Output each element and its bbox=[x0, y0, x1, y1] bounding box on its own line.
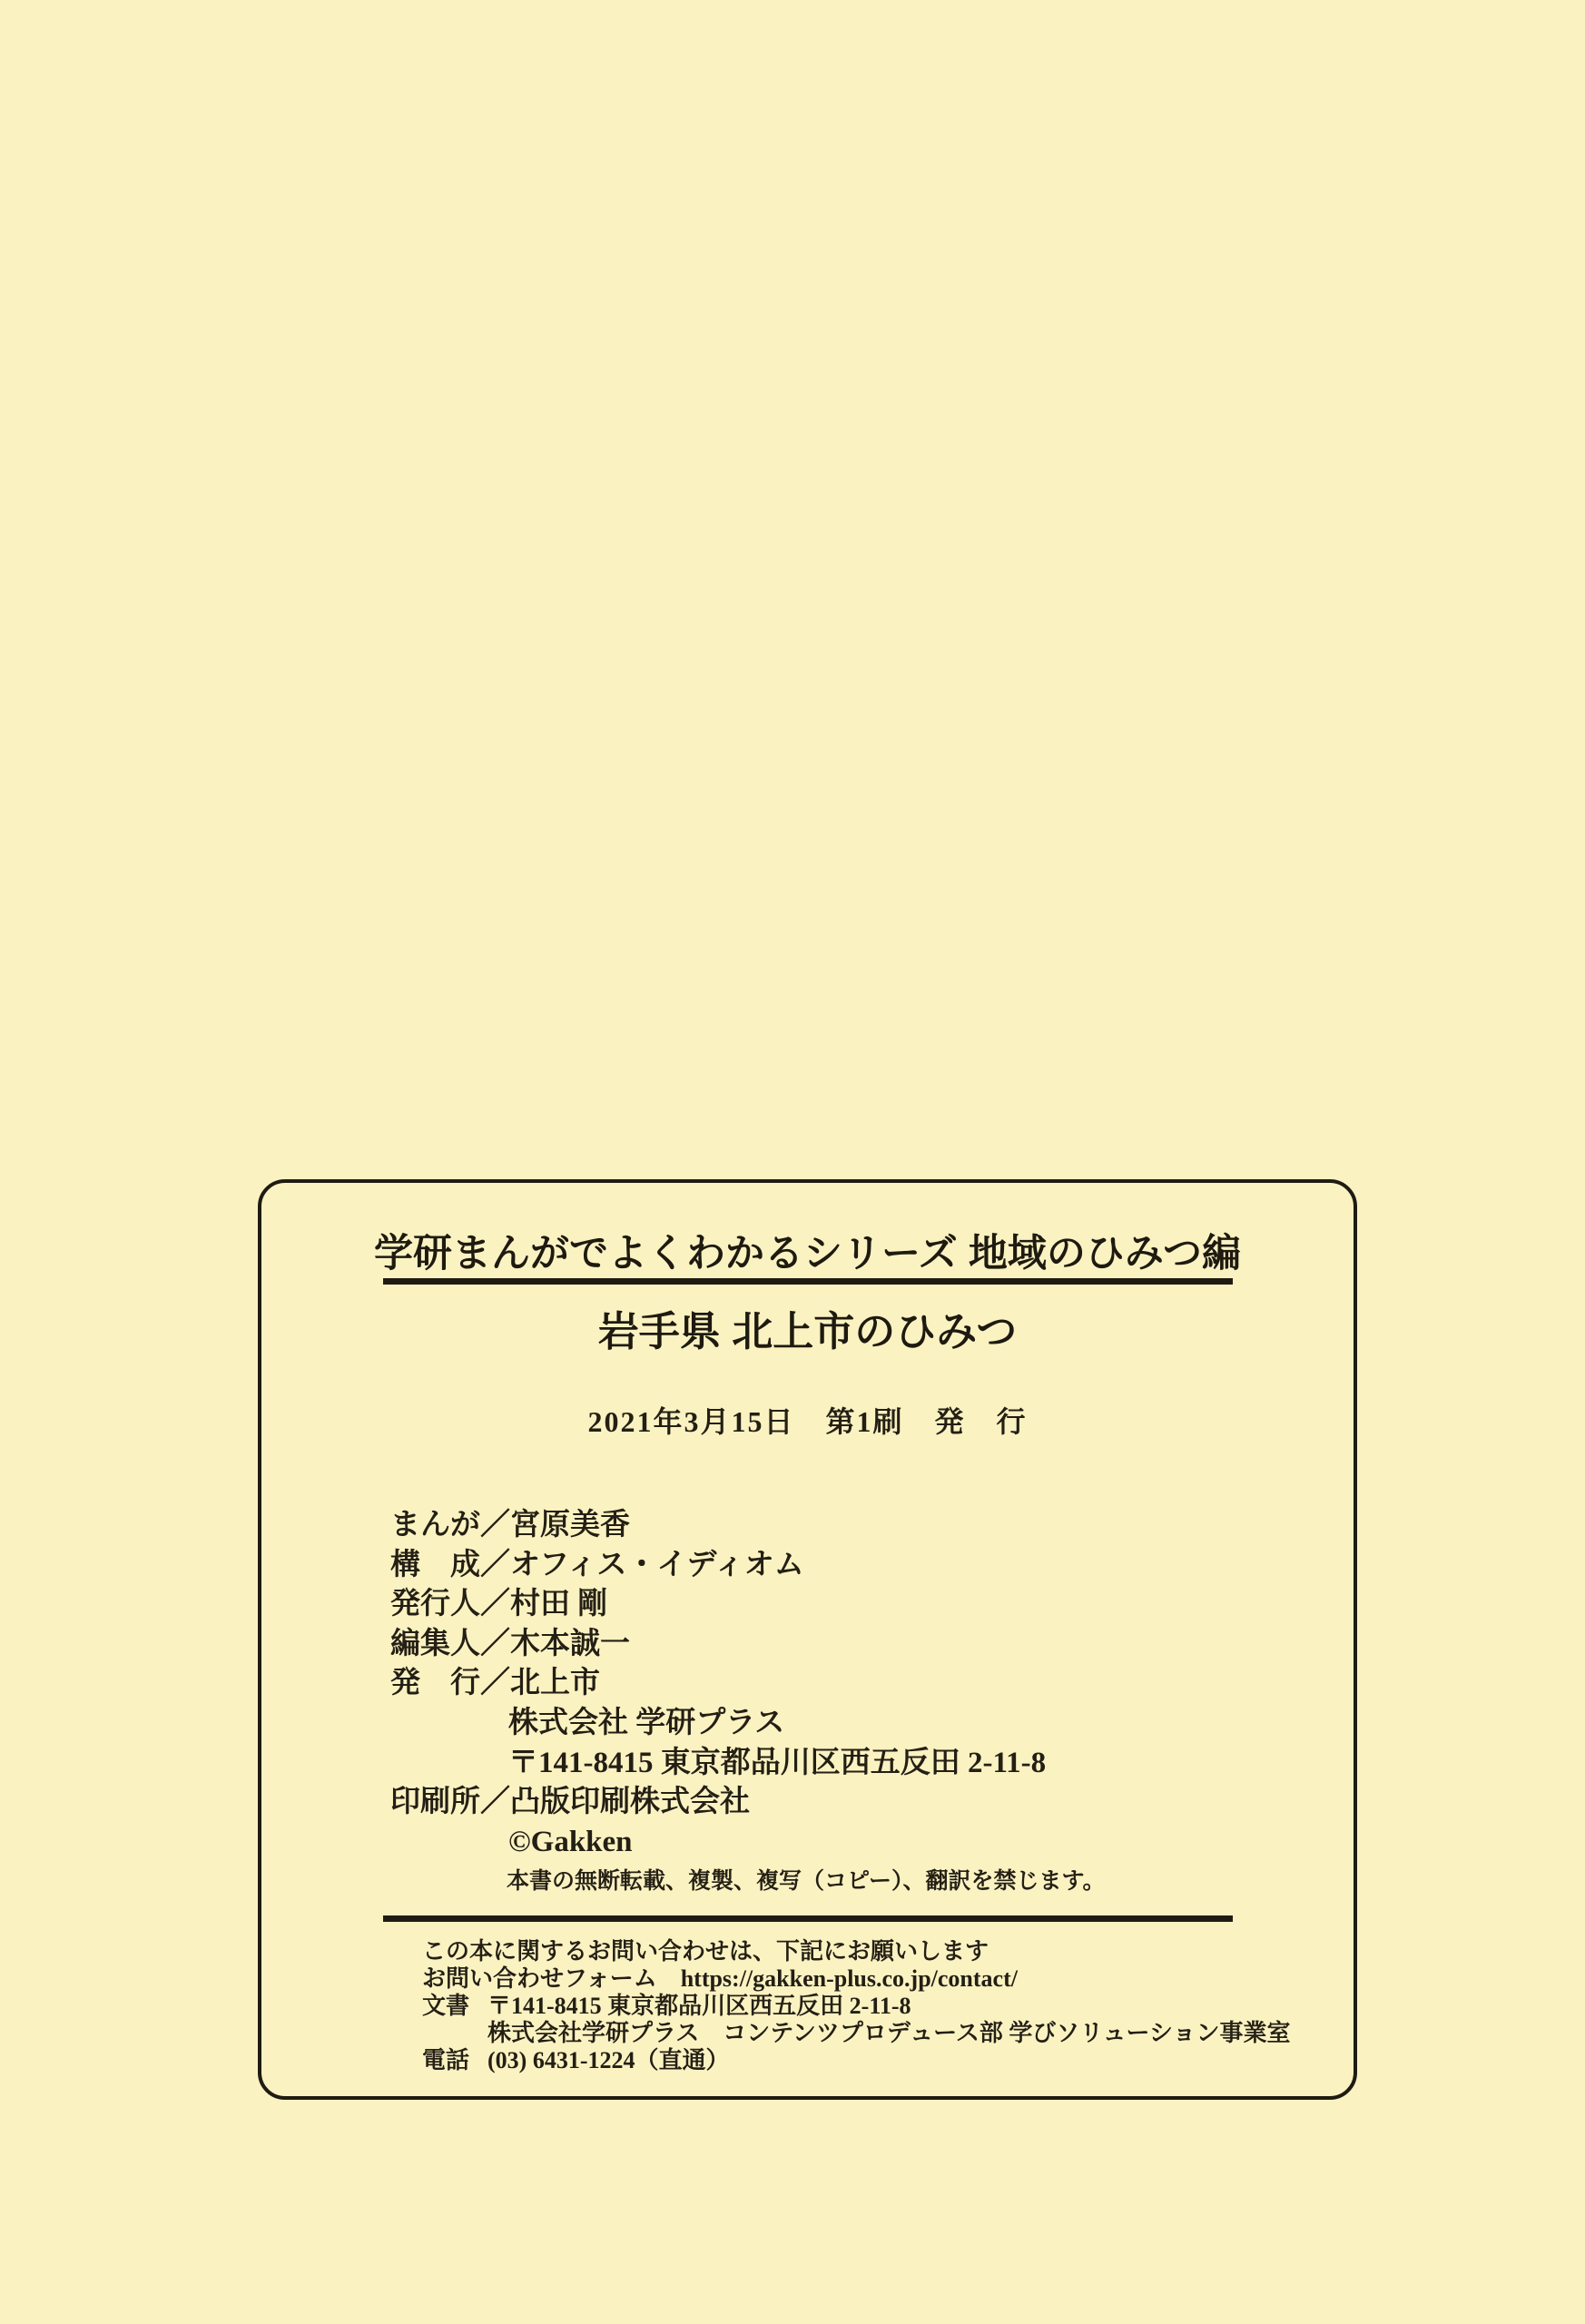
contact-row-phone: 電話 (03) 6431-1224（直通） bbox=[422, 2047, 1291, 2074]
contact-form-line: お問い合わせフォーム https://gakken-plus.co.jp/con… bbox=[422, 1965, 1291, 1993]
contact-heading: この本に関するお問い合わせは、下記にお願いします bbox=[422, 1938, 1291, 1965]
credits-block: まんが／宮原美香 構 成／オフィス・イディオム 発行人／村田 剛 編集人／木本誠… bbox=[390, 1506, 1106, 1902]
title-divider-rule bbox=[383, 1278, 1233, 1285]
book-title: 岩手県 北上市のひみつ bbox=[261, 1298, 1354, 1357]
contact-form-url-text: お問い合わせフォーム https://gakken-plus.co.jp/con… bbox=[422, 1965, 1018, 1993]
colophon-box: 学研まんがでよくわかるシリーズ 地域のひみつ編 岩手県 北上市のひみつ 2021… bbox=[258, 1179, 1357, 2100]
credit-line-henshuunin: 編集人／木本誠一 bbox=[390, 1625, 1106, 1665]
contact-department-text: 株式会社学研プラス コンテンツプロデュース部 学びソリューション事業室 bbox=[487, 2020, 1291, 2047]
credit-line-publisher: 株式会社 学研プラス bbox=[390, 1704, 1106, 1744]
contact-row-mail: 文書 〒141-8415 東京都品川区西五反田 2-11-8 bbox=[422, 1993, 1291, 2020]
credit-line-hakkounin: 発行人／村田 剛 bbox=[390, 1585, 1106, 1625]
contact-row-department: 株式会社学研プラス コンテンツプロデュース部 学びソリューション事業室 bbox=[422, 2020, 1291, 2047]
contact-phone-number: (03) 6431-1224（直通） bbox=[487, 2047, 729, 2074]
contact-mail-address: 〒141-8415 東京都品川区西五反田 2-11-8 bbox=[487, 1993, 911, 2020]
contact-mail-label: 文書 bbox=[422, 1993, 487, 2020]
credit-line-kousei: 構 成／オフィス・イディオム bbox=[390, 1546, 1106, 1586]
contact-heading-text: この本に関するお問い合わせは、下記にお願いします bbox=[422, 1938, 989, 1965]
series-title: 学研まんがでよくわかるシリーズ 地域のひみつ編 bbox=[261, 1223, 1354, 1278]
credit-line-publisher-address: 〒141-8415 東京都品川区西五反田 2-11-8 bbox=[390, 1744, 1106, 1784]
contact-department-label-spacer bbox=[422, 2020, 487, 2047]
edition-date-line: 2021年3月15日 第1刷 発 行 bbox=[261, 1399, 1354, 1441]
credit-line-hakkou: 発 行／北上市 bbox=[390, 1664, 1106, 1704]
credit-line-manga: まんが／宮原美香 bbox=[390, 1506, 1106, 1546]
contact-divider-rule bbox=[383, 1915, 1233, 1922]
contact-block: この本に関するお問い合わせは、下記にお願いします お問い合わせフォーム http… bbox=[422, 1938, 1291, 2074]
credit-line-printer: 印刷所／凸版印刷株式会社 bbox=[390, 1783, 1106, 1823]
contact-phone-label: 電話 bbox=[422, 2047, 487, 2074]
copyright-line: ©Gakken bbox=[390, 1823, 1106, 1863]
scanned-colophon-page: 学研まんがでよくわかるシリーズ 地域のひみつ編 岩手県 北上市のひみつ 2021… bbox=[0, 0, 1585, 2324]
rights-disclaimer: 本書の無断転載、複製、複写（コピー）、翻訳を禁じます。 bbox=[390, 1862, 1106, 1902]
